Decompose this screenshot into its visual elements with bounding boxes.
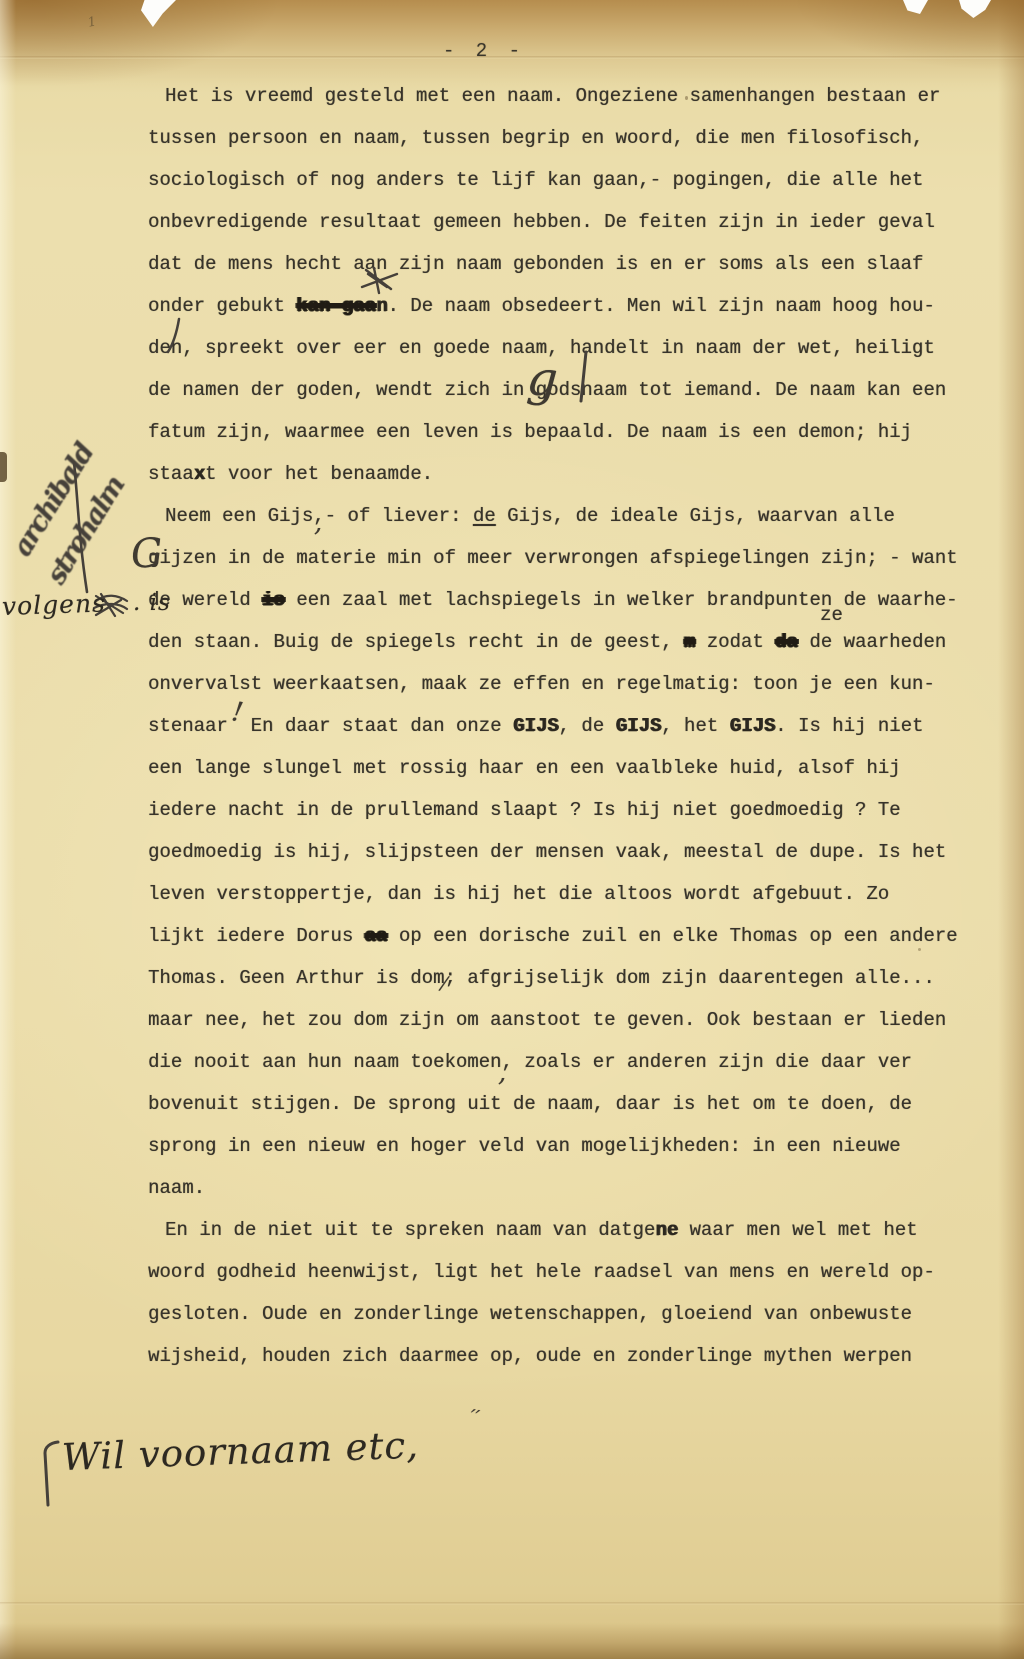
typed-segment: En daar staat dan onze: [251, 715, 513, 737]
typed-line: sociologisch of nog anders te lijf kan g…: [148, 169, 923, 191]
bottom-note-bracket: [45, 1442, 58, 1505]
typed-segment-over: x: [194, 463, 205, 485]
typed-line: iedere nacht in de prullemand slaapt ? I…: [148, 799, 901, 821]
typed-segment: ze: [820, 604, 843, 626]
typed-line: Neem een Gijs,- of liever: de Gijs, de i…: [165, 505, 895, 527]
typed-line: maar nee, het zou dom zijn om aanstoot t…: [148, 1009, 946, 1031]
typed-line: Thomas. Geen Arthur is dom; afgrijselijk…: [148, 967, 935, 989]
typed-line: ze: [820, 604, 843, 626]
typed-segment-over: n: [376, 295, 387, 317]
typed-line: staaxt voor het benaamde.: [148, 463, 433, 485]
typed-line: lijkt iedere Dorus aa op een dorische zu…: [148, 925, 958, 947]
typed-segment: Thomas. Geen Arthur is dom; afgrijselijk…: [148, 967, 935, 989]
typed-line: stenaar En daar staat dan onze GIJS, de …: [148, 715, 923, 737]
typed-segment: maar nee, het zou dom zijn om aanstoot t…: [148, 1009, 946, 1031]
typed-segment: dat de mens hecht aan zijn naam gebonden…: [148, 253, 923, 275]
typed-segment: een zaal met lachspiegels in welker bran…: [285, 589, 958, 611]
margin-correction-is: . is: [133, 590, 171, 616]
hw-double-tick: ′′: [468, 1404, 482, 1429]
typed-line: gijzen in de materie min of meer verwron…: [148, 547, 958, 569]
typed-line: onbevredigende resultaat gemeen hebben. …: [148, 211, 935, 233]
inline-correction-capital-G: G: [129, 530, 164, 578]
paper-corner-topleft-shading: [0, 0, 420, 130]
typed-segment-over: GIJS: [513, 715, 559, 737]
typed-line: bovenuit stijgen. De sprong uit de naam,…: [148, 1093, 912, 1115]
typed-segment: een lange slungel met rossig haar en een…: [148, 757, 901, 779]
typed-segment: Het is vreemd gesteld met een naam. Onge…: [165, 85, 940, 107]
typed-segment: onder gebukt: [148, 295, 296, 317]
typed-segment: naam.: [148, 1177, 205, 1199]
typed-line: onvervalst weerkaatsen, maak ze effen en…: [148, 673, 935, 695]
typed-segment: zodat: [695, 631, 775, 653]
paper-edge-right-shading: [998, 0, 1024, 1659]
typed-segment-blot: gaa: [330, 295, 376, 317]
typed-line: een lange slungel met rossig haar en een…: [148, 757, 901, 779]
typed-segment: t voor het benaamde.: [205, 463, 433, 485]
typed-line: naam.: [148, 1177, 205, 1199]
typed-segment: goedmoedig is hij, slijpsteen der mensen…: [148, 841, 946, 863]
typed-segment: woord godheid heenwijst, ligt het hele r…: [148, 1261, 935, 1283]
typed-segment: . Is hij niet: [775, 715, 923, 737]
typed-line: dat de mens hecht aan zijn naam gebonden…: [148, 253, 923, 275]
typed-segment: die nooit aan hun naam toekomen, zoals e…: [148, 1051, 912, 1073]
torn-notch: [903, 0, 928, 14]
typed-segment-blot: is: [262, 589, 285, 611]
typed-segment: sociologisch of nog anders te lijf kan g…: [148, 169, 923, 191]
typed-segment-over: ne: [655, 1219, 678, 1241]
typed-line: leven verstoppertje, dan is hij het die …: [148, 883, 889, 905]
typed-segment: En in de niet uit te spreken naam van da…: [165, 1219, 655, 1241]
typed-segment: bovenuit stijgen. De sprong uit de naam,…: [148, 1093, 912, 1115]
paper-crease-bottom: [0, 1602, 1024, 1605]
typed-segment-blot: kan: [296, 295, 330, 317]
typed-segment-blot: da: [775, 631, 798, 653]
paper-edge-left-highlight: [0, 0, 16, 1659]
typed-segment: fatum zijn, waarmee een leven is bepaald…: [148, 421, 912, 443]
paper-edge-nick: [0, 452, 7, 482]
typed-segment-blot: aa: [365, 925, 388, 947]
typed-segment: waar men wel met het: [678, 1219, 917, 1241]
typed-segment: Gijs, de ideale Gijs, waarvan alle: [496, 505, 895, 527]
typed-line: den staan. Buig de spiegels recht in de …: [148, 631, 946, 653]
page-number: - 2 -: [443, 40, 525, 62]
typed-segment: gesloten. Oude en zonderlinge wetenschap…: [148, 1303, 912, 1325]
typed-segment: stenaar: [148, 715, 228, 737]
typed-line: die nooit aan hun naam toekomen, zoals e…: [148, 1051, 912, 1073]
torn-notch: [959, 0, 991, 18]
typed-segment: op een dorische zuil en elke Thomas op e…: [387, 925, 957, 947]
hw-comma-after-toekomen: ,: [498, 1058, 506, 1088]
torn-notch: [141, 0, 176, 27]
typed-segment: sprong in een nieuw en hoger veld van mo…: [148, 1135, 901, 1157]
typed-segment-over: GIJS: [730, 715, 776, 737]
typed-line: tussen persoon en naam, tussen begrip en…: [148, 127, 923, 149]
typed-segment: gijzen in de materie min of meer verwron…: [148, 547, 958, 569]
typed-segment: de waarheden: [798, 631, 946, 653]
margin-correction-volgens: volgens: [1, 588, 106, 621]
typed-segment: tussen persoon en naam, tussen begrip en…: [148, 127, 923, 149]
typed-line: gesloten. Oude en zonderlinge wetenschap…: [148, 1303, 912, 1325]
typed-segment: staa: [148, 463, 194, 485]
hw-mark-top-left: 1: [86, 14, 97, 30]
typed-line: fatum zijn, waarmee een leven is bepaald…: [148, 421, 912, 443]
typed-segment-u: de: [473, 505, 496, 527]
typed-line: sprong in een nieuw en hoger veld van mo…: [148, 1135, 901, 1157]
hw-note-bottom: Wil voornaam etc,: [61, 1424, 419, 1479]
typed-segment-blot: m: [684, 631, 695, 653]
typed-line: wijsheid, houden zich daarmee op, oude e…: [148, 1345, 912, 1367]
typed-segment: . De naam obsedeert. Men wil zijn naam h…: [387, 295, 934, 317]
typed-segment: onvervalst weerkaatsen, maak ze effen en…: [148, 673, 935, 695]
handwriting-strokes: [0, 0, 1024, 1659]
typed-segment: iedere nacht in de prullemand slaapt ? I…: [148, 799, 901, 821]
typed-segment-over: GIJS: [616, 715, 662, 737]
typed-segment: lijkt iedere Dorus: [148, 925, 365, 947]
typed-segment: , het: [661, 715, 729, 737]
inline-correction-g: g: [525, 350, 560, 408]
typed-line: Het is vreemd gesteld met een naam. Onge…: [165, 85, 940, 107]
paper-speck: [918, 948, 921, 951]
paper-edge-bottom-shading: [0, 1623, 1024, 1659]
typed-segment: onbevredigende resultaat gemeen hebben. …: [148, 211, 935, 233]
hw-comma-after-gijs: ,: [314, 508, 322, 538]
typed-line: goedmoedig is hij, slijpsteen der mensen…: [148, 841, 946, 863]
typed-segment: wijsheid, houden zich daarmee op, oude e…: [148, 1345, 912, 1367]
manuscript-page: - 2 - Het is vreemd gesteld met een naam…: [0, 0, 1024, 1659]
typed-line: onder gebukt kan gaan. De naam obsedeert…: [148, 295, 935, 317]
typed-segment: , de: [559, 715, 616, 737]
typed-line: En in de niet uit te spreken naam van da…: [165, 1219, 918, 1241]
typed-segment: leven verstoppertje, dan is hij het die …: [148, 883, 889, 905]
typed-line: woord godheid heenwijst, ligt het hele r…: [148, 1261, 935, 1283]
typed-segment: den staan. Buig de spiegels recht in de …: [148, 631, 684, 653]
